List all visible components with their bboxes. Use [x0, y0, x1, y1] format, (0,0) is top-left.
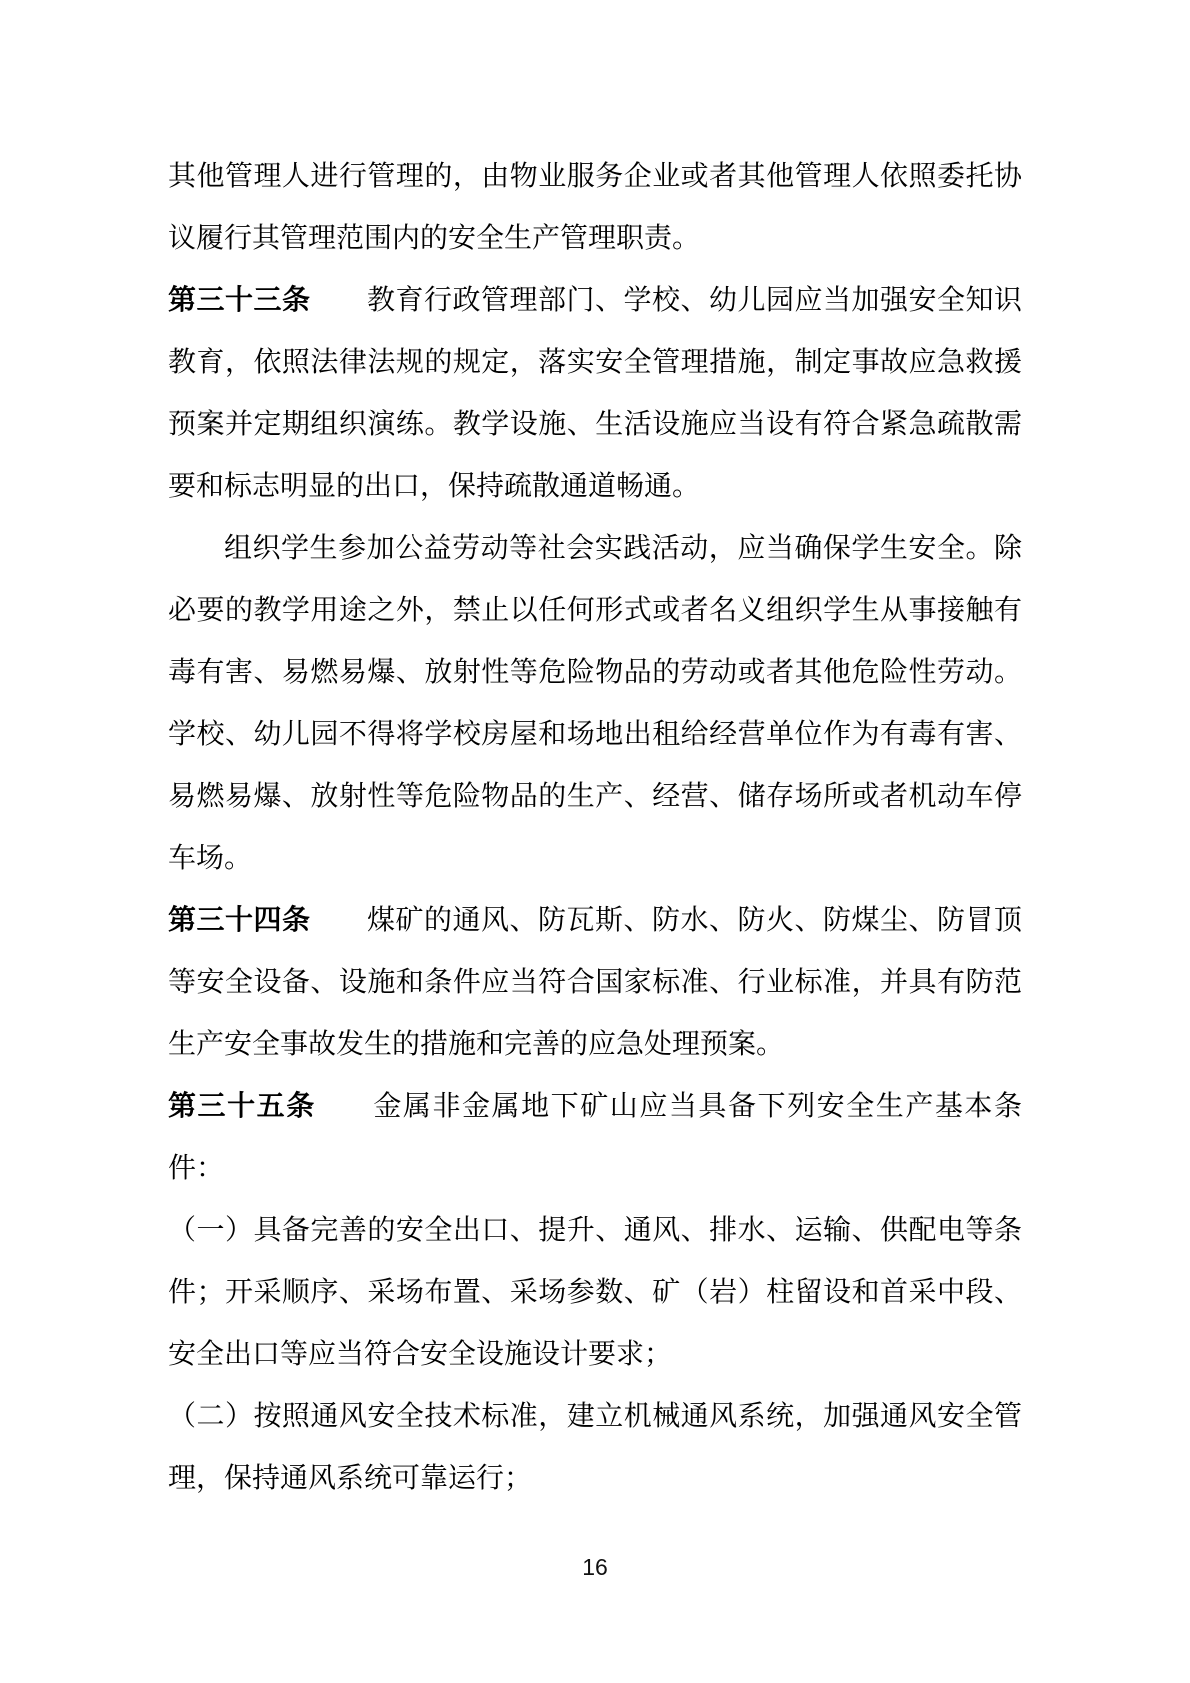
line-text: 煤矿的通风、防瓦斯、防水、防火、防煤尘、防冒顶: [367, 905, 1022, 936]
text-line: 生产安全事故发生的措施和完善的应急处理预案。: [168, 1014, 1022, 1076]
line-text: 其他管理人进行管理的，由物业服务企业或者其他管理人依照委托协: [168, 161, 1022, 192]
line-text: 学校、幼儿园不得将学校房屋和场地出租给经营单位作为有毒有害、: [168, 719, 1022, 750]
line-text: （二）按照通风安全技术标准，建立机械通风系统，加强通风安全管: [168, 1401, 1022, 1432]
text-line: （一）具备完善的安全出口、提升、通风、排水、运输、供配电等条: [168, 1200, 1022, 1262]
document-page: 其他管理人进行管理的，由物业服务企业或者其他管理人依照委托协议履行其管理范围内的…: [0, 0, 1190, 1683]
line-text: 件：: [168, 1153, 224, 1184]
line-text: （一）具备完善的安全出口、提升、通风、排水、运输、供配电等条: [168, 1215, 1022, 1246]
line-text: 议履行其管理范围内的安全生产管理职责。: [168, 223, 700, 254]
text-line: 毒有害、易燃易爆、放射性等危险物品的劳动或者其他危险性劳动。: [168, 642, 1022, 704]
line-text: 必要的教学用途之外，禁止以任何形式或者名义组织学生从事接触有: [168, 595, 1022, 626]
text-line: 议履行其管理范围内的安全生产管理职责。: [168, 208, 1022, 270]
text-line: 件：: [168, 1138, 1022, 1200]
line-text: 理，保持通风系统可靠运行；: [168, 1463, 532, 1494]
heading-gap: [311, 928, 367, 929]
text-line: 必要的教学用途之外，禁止以任何形式或者名义组织学生从事接触有: [168, 580, 1022, 642]
article-number: 第三十三条: [168, 285, 311, 316]
text-line: 安全出口等应当符合安全设施设计要求；: [168, 1324, 1022, 1386]
line-text: 教育，依照法律法规的规定，落实安全管理措施，制定事故应急救援: [168, 347, 1022, 378]
page-number: 16: [0, 1552, 1190, 1582]
text-line: 第三十五条金属非金属地下矿山应当具备下列安全生产基本条: [168, 1076, 1022, 1138]
text-line: 要和标志明显的出口，保持疏散通道畅通。: [168, 456, 1022, 518]
text-line: 预案并定期组织演练。教学设施、生活设施应当设有符合紧急疏散需: [168, 394, 1022, 456]
line-text: 安全出口等应当符合安全设施设计要求；: [168, 1339, 672, 1370]
line-text: 教育行政管理部门、学校、幼儿园应当加强安全知识: [367, 285, 1022, 316]
line-text: 预案并定期组织演练。教学设施、生活设施应当设有符合紧急疏散需: [168, 409, 1022, 440]
text-line: 易燃易爆、放射性等危险物品的生产、经营、储存场所或者机动车停: [168, 766, 1022, 828]
article-number: 第三十四条: [168, 905, 311, 936]
line-text: 毒有害、易燃易爆、放射性等危险物品的劳动或者其他危险性劳动。: [168, 657, 1022, 688]
text-line: 第三十三条教育行政管理部门、学校、幼儿园应当加强安全知识: [168, 270, 1022, 332]
line-text: 等安全设备、设施和条件应当符合国家标准、行业标准，并具有防范: [168, 967, 1022, 998]
text-line: 其他管理人进行管理的，由物业服务企业或者其他管理人依照委托协: [168, 146, 1022, 208]
article-number: 第三十五条: [168, 1091, 316, 1122]
heading-gap: [316, 1114, 372, 1115]
document-body: 其他管理人进行管理的，由物业服务企业或者其他管理人依照委托协议履行其管理范围内的…: [168, 146, 1022, 1510]
line-text: 件；开采顺序、采场布置、采场参数、矿（岩）柱留设和首采中段、: [168, 1277, 1022, 1308]
text-line: 组织学生参加公益劳动等社会实践活动，应当确保学生安全。除: [168, 518, 1022, 580]
text-line: 件；开采顺序、采场布置、采场参数、矿（岩）柱留设和首采中段、: [168, 1262, 1022, 1324]
text-line: 教育，依照法律法规的规定，落实安全管理措施，制定事故应急救援: [168, 332, 1022, 394]
text-line: 等安全设备、设施和条件应当符合国家标准、行业标准，并具有防范: [168, 952, 1022, 1014]
text-line: 理，保持通风系统可靠运行；: [168, 1448, 1022, 1510]
heading-gap: [311, 308, 367, 309]
line-text: 组织学生参加公益劳动等社会实践活动，应当确保学生安全。除: [224, 533, 1022, 564]
line-text: 易燃易爆、放射性等危险物品的生产、经营、储存场所或者机动车停: [168, 781, 1022, 812]
text-line: （二）按照通风安全技术标准，建立机械通风系统，加强通风安全管: [168, 1386, 1022, 1448]
text-line: 第三十四条煤矿的通风、防瓦斯、防水、防火、防煤尘、防冒顶: [168, 890, 1022, 952]
text-line: 学校、幼儿园不得将学校房屋和场地出租给经营单位作为有毒有害、: [168, 704, 1022, 766]
line-text: 车场。: [168, 843, 252, 874]
line-text: 金属非金属地下矿山应当具备下列安全生产基本条: [372, 1091, 1022, 1122]
text-line: 车场。: [168, 828, 1022, 890]
line-text: 要和标志明显的出口，保持疏散通道畅通。: [168, 471, 700, 502]
line-text: 生产安全事故发生的措施和完善的应急处理预案。: [168, 1029, 784, 1060]
